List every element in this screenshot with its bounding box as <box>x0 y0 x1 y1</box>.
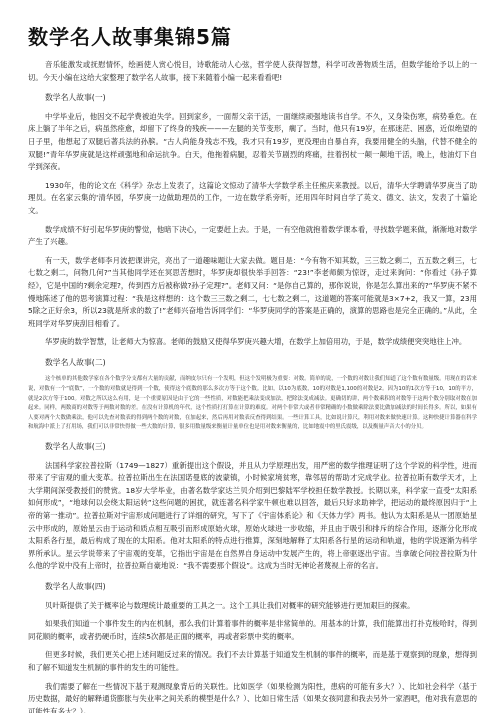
small-print-paragraph: 这个核单的其他数学家在各个数学分支都有大量的贡献，而纳皮尔只有一个发明，但这个发… <box>28 375 477 433</box>
section-heading-4: 数学名人故事(四) <box>28 581 477 594</box>
section-heading-2: 数学名人故事(二) <box>28 357 477 370</box>
paragraph: 华罗庚的数学智慧，让老师大为惊喜。老师的鼓励又使得华罗庚兴趣大增，在数学上加倍用… <box>28 336 477 349</box>
paragraph: 中学毕业后，他因交不起学费被迫失学。回到家乡，一面帮父亲干活，一面继续顽强地读书… <box>28 111 477 174</box>
paragraph: 但更多时候，我们更关心把上述问题反过来的情况。我们不去计算基于知道发生机制的事件… <box>28 649 477 674</box>
document-title: 数学名人故事集锦5篇 <box>28 24 477 50</box>
document-page: 数学名人故事集锦5篇 音乐能激发或抚慰情怀，绘画使人赏心悦目，诗歌能动人心弦，哲… <box>28 0 477 713</box>
section-heading-3: 数学名人故事(三) <box>28 441 477 454</box>
paragraph: 有一天，数学老师李月波把课讲完，亮出了一道趣味题让大家去做。题目是：“今有物不知… <box>28 255 477 331</box>
paragraph: 法国科学家拉普拉斯（1749—1827）重新提出这个假设，并且从力学原理出发，用… <box>28 460 477 573</box>
intro-paragraph: 音乐能激发或抚慰情怀，绘画使人赏心悦目，诗歌能动人心弦，哲学使人获得智慧，科学可… <box>28 59 477 84</box>
paragraph: 贝叶斯提供了关于概率论与数理统计最重要的工具之一。这个工具让我们对概率的研究能够… <box>28 600 477 613</box>
paragraph: 1930年，他的论文在《科学》杂志上发表了，这篇论文惊动了清华大学数学系主任熊庆… <box>28 180 477 218</box>
section-heading-1: 数学名人故事(一) <box>28 92 477 105</box>
paragraph: 数学成绩不好引起华罗庚的警觉，他暗下决心，一定要赶上去。于是，一有空他就抱着数学… <box>28 224 477 249</box>
paragraph: 如果我们知道一个事件发生的内在机制，那么我们计算着事件的概率是非常简单的。用基本… <box>28 618 477 643</box>
paragraph: 我们需要了解在一些情况下基于观测现象背后的关联性。比如医学（如果检测为阳性，患病… <box>28 681 477 713</box>
